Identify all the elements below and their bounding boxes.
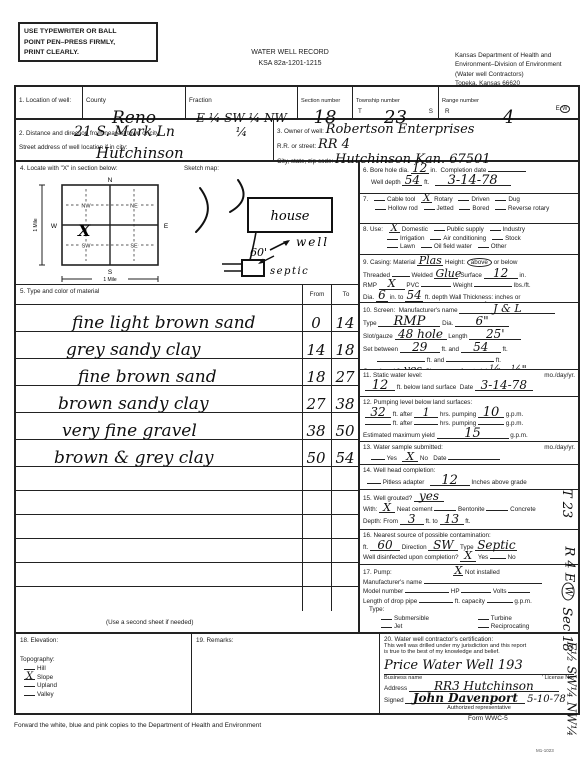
well-depth-value: 54 — [405, 173, 420, 187]
section-10-label: 10. Screen: — [363, 307, 395, 314]
section-8-use: 8. Use: XDomestic Public supply Industry… — [360, 224, 578, 255]
estimated-yield-label: Estimated maximum yield — [363, 432, 435, 439]
neat-cement-check: X — [383, 501, 391, 514]
quadrant-sw: SW — [82, 244, 92, 250]
sample-no-check: X — [406, 450, 414, 463]
township-s: S — [429, 108, 433, 115]
topography-label: Topography: — [20, 656, 187, 663]
not-installed-label: Not installed — [465, 569, 500, 576]
township-t: T — [358, 108, 362, 115]
drop-pipe-label: Length of drop pipe — [363, 598, 417, 605]
blank-field — [371, 454, 385, 460]
septic-label: septic — [270, 266, 309, 277]
length-label: Length — [448, 333, 467, 340]
pitless-adapter-label: Pitless adapter — [383, 479, 425, 486]
section-13-water-sample: 13. Water sample submitted: mo./day/yr. … — [360, 442, 578, 465]
mdy-label: mo./day/yr. — [544, 444, 575, 451]
gpm-label: g.p.m. — [506, 420, 524, 427]
blank-field — [377, 356, 425, 362]
form-body: 1. Location of well: County Reno Fractio… — [14, 85, 580, 715]
materials-header: 5. Type and color of material From To — [16, 285, 358, 305]
road-curve — [196, 188, 208, 232]
from-column-header: From — [304, 291, 330, 298]
hollow-rod-label: Hollow rod — [388, 205, 418, 212]
material-row: grey sandy clay 14 18 — [16, 332, 358, 359]
domestic-label: Domestic — [402, 226, 428, 233]
hours-value: 1 — [423, 406, 430, 419]
disinfected-yes-label: Yes — [478, 554, 488, 561]
material-row: very fine gravel 38 50 — [16, 413, 358, 440]
print-code: M1-1023 — [536, 748, 554, 753]
volts-label: Volts — [493, 588, 507, 595]
ft-label: ft. — [465, 518, 470, 525]
left-column: 4. Locate with "X" in section below: Ske… — [16, 162, 360, 632]
in-label: in. — [430, 167, 437, 174]
margin-note-fraction: E½ SW¼ NW¼ — [564, 642, 578, 737]
reciprocating-checkbox — [478, 627, 489, 628]
disinfected-no-label: No — [508, 554, 516, 561]
from-value: 50 — [302, 451, 330, 466]
section-9-label: 9. Casing: — [363, 259, 391, 266]
distance-value: 21 S. Mark Ln — [74, 124, 175, 140]
section-10-screen: 10. Screen: Manufacturer's name J & L Ty… — [360, 303, 578, 370]
material-row: brown & grey clay 50 54 — [16, 440, 358, 467]
estimated-yield-value: 15 — [464, 426, 481, 441]
sample-yes-label: Yes — [387, 455, 397, 462]
notice-line: USE TYPEWRITER OR BALL — [24, 27, 152, 38]
section-19-remarks: 19. Remarks: — [192, 634, 380, 713]
township-label: Township number — [356, 98, 400, 104]
set-from-value: 29 — [412, 340, 427, 354]
blank-field — [474, 281, 512, 287]
blank-field — [405, 587, 449, 593]
business-name-label: Business name — [384, 675, 422, 681]
quadrant-ne: NE — [130, 204, 138, 210]
other-use-label: Other — [491, 243, 507, 250]
section-number-cell: Section number 18 — [298, 87, 353, 118]
to-value: 54 — [331, 451, 359, 466]
jet-checkbox — [381, 627, 392, 628]
gpm-label: g.p.m. — [506, 411, 524, 418]
lawn-label: Lawn — [400, 243, 415, 250]
hp-label: HP — [451, 588, 460, 595]
second-sheet-note: (Use a second sheet if needed) — [106, 619, 194, 626]
ft-label: ft. — [424, 179, 429, 186]
upland-label: Upland — [37, 682, 57, 689]
township-cell: Township number T 23 S — [353, 87, 439, 118]
ft-after-label: ft. after — [393, 411, 413, 418]
mile-label-vertical: 1 Mile — [33, 218, 39, 232]
ft-to-label: ft. to — [426, 518, 438, 525]
fraction-label: Fraction — [189, 97, 212, 104]
margin-note-township: T 23 — [559, 489, 574, 518]
bored-label: Bored — [472, 205, 489, 212]
county-cell: County Reno — [83, 87, 186, 118]
type-label: Type — [363, 320, 377, 327]
not-installed-checkbox: X — [453, 567, 463, 576]
rotary-label: Rotary — [434, 196, 453, 203]
oil-field-water-checkbox — [421, 247, 432, 248]
pitless-height-value: 12 — [441, 473, 458, 488]
range-cell: Range number R 4 EW — [439, 87, 578, 118]
material-label: Material — [393, 259, 415, 266]
mile-label-horizontal: 1 Mile — [103, 277, 117, 283]
jetted-label: Jetted — [437, 205, 454, 212]
industry-label: Industry — [503, 226, 525, 233]
right-column: 6. Bore hole dia. 12 in. Completion date… — [360, 162, 578, 632]
casing-material-value: Plas — [419, 255, 442, 267]
compass-e: E — [164, 223, 169, 230]
other-use-checkbox — [478, 247, 489, 248]
bored-checkbox — [459, 209, 470, 210]
signature-value: John Davenport — [413, 691, 518, 705]
rr-label: R.R. or street: — [277, 143, 316, 150]
material-row: fine light brown sand 0 14 — [16, 305, 358, 332]
section-2-distance: 2. Distance and direction from nearest t… — [16, 120, 274, 160]
welded-label: Welded — [411, 272, 432, 279]
rmp-check: X — [388, 277, 396, 290]
compass-w: W — [51, 223, 58, 230]
submersible-label: Submersible — [394, 615, 472, 622]
slot-value: 48 hole — [398, 327, 443, 341]
ft-label: ft. — [363, 544, 368, 551]
agency-line: (Water well Contractors) — [455, 70, 580, 79]
agency-line: Environment–Division of Environment — [455, 60, 580, 69]
range-r: R — [445, 108, 450, 115]
sample-no-label: No — [420, 455, 428, 462]
form-number: Form WWC-5 — [468, 715, 508, 722]
section-number-label: Section number — [301, 98, 340, 104]
middle-band: 4. Locate with "X" in section below: Ske… — [16, 162, 578, 632]
dia-label: Dia. — [442, 320, 453, 327]
from-value: 38 — [302, 424, 330, 439]
form-statute: KSA 82a-1201-1215 — [225, 58, 355, 69]
range-label: Range number — [442, 98, 479, 104]
gpm-label: g.p.m. — [510, 432, 528, 439]
county-label: County — [86, 97, 106, 104]
slope-label: Slope — [37, 674, 53, 681]
section-7-method: 7. Cable tool XRotary Driven Dug Hollow … — [360, 194, 578, 224]
contamination-type-value: Septic — [477, 538, 515, 552]
material-value: grey sandy clay — [66, 342, 200, 359]
section-3-owner: 3. Owner of well: Robertson Enterprises … — [274, 120, 578, 160]
set-between-label: Set between — [363, 346, 398, 353]
material-row-empty — [16, 515, 358, 539]
range-w-circled: W — [560, 105, 570, 113]
rotary-checkbox: X — [421, 196, 432, 203]
valley-checkbox — [24, 695, 35, 696]
completion-date-value: 3-14-78 — [448, 173, 498, 188]
driven-checkbox — [458, 200, 469, 201]
static-date-value: 3-14-78 — [481, 378, 527, 392]
section-8-label: 8. Use: — [363, 226, 383, 233]
material-row-empty — [16, 467, 358, 491]
street-value: Hutchinson — [96, 144, 184, 162]
gpm-label: g.p.m. — [514, 598, 532, 605]
material-value: fine light brown sand — [72, 315, 256, 332]
margin-w-circled: W — [562, 582, 575, 600]
date-label: Date — [433, 455, 446, 462]
stock-checkbox — [492, 239, 503, 240]
size-range-value: ⅛ - ½" — [490, 363, 527, 370]
pumping-level-value: 32 — [370, 405, 385, 419]
section-19-label: 19. Remarks: — [196, 637, 375, 644]
blank-field — [424, 578, 542, 584]
bottom-band: 18. Elevation: Topography: Hill XSlope U… — [16, 632, 578, 713]
oil-field-water-label: Oil field water — [434, 243, 472, 250]
margin-range-text: R 4 E — [562, 546, 577, 582]
certification-text: is true to the best of my knowledge and … — [384, 649, 574, 655]
pump-manufacturer-label: Manufacturer's name — [363, 579, 422, 586]
disinfected-yes-check: X — [464, 549, 472, 562]
range-ew: EW — [556, 97, 570, 115]
cable-tool-checkbox — [374, 200, 385, 201]
disinfected-label: Well disinfected upon completion? — [363, 554, 458, 561]
section-18-label: 18. Elevation: — [20, 637, 187, 644]
depth-from-label: Depth: From — [363, 518, 398, 525]
blank-field — [365, 419, 391, 425]
blank-field — [490, 553, 506, 559]
rmp-label: RMP — [363, 282, 377, 289]
date-label: Date — [460, 384, 473, 391]
mdy-label: mo./day/yr. — [544, 372, 575, 379]
section-16-contamination: 16. Nearest source of possible contamina… — [360, 530, 578, 565]
section-20-label: 20. Water well contractor's certificatio… — [384, 636, 574, 643]
above-circled: above — [471, 259, 488, 266]
industry-checkbox — [490, 230, 501, 231]
blank-field — [434, 505, 456, 511]
material-row-empty — [16, 563, 358, 587]
section-1-label: 1. Location of well: — [19, 97, 71, 104]
dia-label: Dia. — [363, 294, 374, 301]
rr-value: RR 4 — [318, 137, 350, 152]
in-label: in. — [519, 272, 526, 279]
ft-depth-label: ft. depth — [425, 294, 448, 301]
agency-line: Kansas Department of Health and — [455, 51, 580, 60]
blank-field — [414, 419, 438, 425]
section-2-3-row: 2. Distance and direction from nearest t… — [16, 120, 578, 162]
typewriter-notice-box: USE TYPEWRITER OR BALL POINT PEN–PRESS F… — [18, 22, 158, 62]
margin-note-range: R 4 EW — [562, 546, 577, 600]
water-well-record-form: USE TYPEWRITER OR BALL POINT PEN–PRESS F… — [0, 0, 588, 765]
direction-label: Direction — [402, 544, 427, 551]
fraction-cell: Fraction E ¼ SW ¼ NW ¼ — [186, 87, 298, 118]
height-label: Height: — [445, 259, 465, 266]
public-supply-checkbox — [434, 230, 445, 231]
dug-label: Dug — [508, 196, 520, 203]
surface-value: 12 — [493, 266, 508, 280]
material-value: very fine gravel — [62, 423, 197, 440]
blank-field — [488, 166, 526, 172]
material-value: brown & grey clay — [54, 450, 213, 467]
blank-field — [478, 419, 504, 425]
section-15-grouted: 15. Well grouted? yes With: X Neat cemen… — [360, 490, 578, 530]
turbine-label: Turbine — [491, 615, 512, 622]
quadrant-se: SE — [130, 244, 138, 250]
location-label-cell: 1. Location of well: — [16, 87, 83, 118]
blank-field — [446, 356, 494, 362]
section-20-certification: 20. Water well contractor's certificatio… — [380, 634, 578, 713]
air-conditioning-label: Air conditioning — [443, 235, 486, 242]
ft-and-label: ft. and — [427, 357, 445, 364]
section-17-pump: 17. Pump: X Not installed Manufacturer's… — [360, 565, 578, 632]
bentonite-label: Bentonite — [458, 506, 485, 513]
domestic-checkbox: X — [389, 226, 400, 233]
material-row: brown sandy clay 27 38 — [16, 386, 358, 413]
capacity-label: ft. capacity — [455, 598, 485, 605]
section-13-label: 13. Water sample submitted: — [363, 444, 443, 451]
irrigation-label: Irrigation — [400, 235, 425, 242]
from-value: 0 — [302, 316, 330, 331]
reciprocating-label: Reciprocating — [491, 623, 530, 630]
section-12-pumping-level: 12. Pumping level below land surfaces: 3… — [360, 397, 578, 442]
casing-depth-value: 54 — [406, 288, 421, 302]
grout-from-value: 3 — [408, 512, 416, 526]
stock-label: Stock — [505, 235, 521, 242]
blank-field — [461, 587, 491, 593]
blank-field — [421, 281, 451, 287]
grouted-value: yes — [419, 490, 439, 503]
blank-field — [486, 505, 508, 511]
hrs-pumping-label: hrs. pumping — [440, 411, 476, 418]
business-name-value: Price Water Well 193 — [384, 658, 523, 673]
gravel-pack-value: yes — [404, 363, 422, 370]
driven-label: Driven — [471, 196, 489, 203]
concrete-label: Concrete — [510, 506, 536, 513]
blank-field — [392, 271, 410, 277]
form-title: WATER WELL RECORD — [225, 47, 355, 58]
section-1-location: 1. Location of well: County Reno Fractio… — [16, 87, 578, 120]
with-label: With: — [363, 506, 377, 513]
material-row-empty — [16, 587, 358, 611]
agency-block: Kansas Department of Health and Environm… — [455, 51, 580, 88]
well-label: well — [296, 235, 329, 249]
threaded-label: Threaded — [363, 272, 390, 279]
section-6-bore-hole: 6. Bore hole dia. 12 in. Completion date… — [360, 162, 578, 194]
in-to-label: in. to — [390, 294, 404, 301]
section-4-locate: 4. Locate with "X" in section below: Ske… — [16, 162, 358, 285]
weight-label: Weight — [453, 282, 472, 289]
hollow-rod-checkbox — [375, 209, 386, 210]
blank-field — [367, 478, 381, 484]
road-curve — [230, 180, 244, 212]
section-11-static-level: 11. Static water level: mo./day/yr. 12 f… — [360, 370, 578, 397]
grout-to-value: 13 — [444, 512, 459, 526]
cable-tool-label: Cable tool — [387, 196, 415, 203]
form-title-block: WATER WELL RECORD KSA 82a-1201-1215 — [225, 47, 355, 69]
blank-field — [448, 454, 500, 460]
section-14-label: 14. Well head completion: — [363, 467, 435, 474]
section-17-label: 17. Pump: — [363, 569, 392, 576]
to-value: 38 — [331, 397, 359, 412]
dug-checkbox — [495, 200, 506, 201]
length-value: 25' — [486, 327, 505, 341]
authorized-representative-label: Authorized representative — [384, 705, 574, 711]
sketch-map: house 60' well septic — [186, 170, 356, 282]
public-supply-label: Public supply — [447, 226, 484, 233]
notice-line: POINT PEN–PRESS FIRMLY, — [24, 38, 152, 49]
turbine-checkbox — [478, 619, 489, 620]
material-row-empty — [16, 491, 358, 515]
welded-value: Glue — [435, 267, 461, 280]
valley-label: Valley — [37, 691, 54, 698]
location-x-mark: X — [77, 221, 91, 240]
distance-60ft-label: 60' — [250, 246, 267, 259]
material-value: fine brown sand — [78, 369, 217, 386]
pump-type-label: Type: — [369, 606, 384, 613]
to-column-header: To — [333, 291, 359, 298]
to-value: 50 — [331, 424, 359, 439]
blank-field — [508, 587, 530, 593]
to-value: 14 — [331, 316, 359, 331]
well-depth-label: Well depth — [371, 179, 401, 186]
signature-date-value: 5-10-78 — [527, 694, 566, 705]
gpm-value: 10 — [483, 405, 500, 420]
model-number-label: Model number — [363, 588, 403, 595]
blank-field — [487, 597, 513, 603]
material-row-empty — [16, 539, 358, 563]
signed-label: Signed — [384, 697, 404, 704]
from-value: 18 — [302, 370, 330, 385]
jet-label: Jet — [394, 623, 472, 630]
air-conditioning-checkbox — [430, 239, 441, 240]
from-value: 27 — [302, 397, 330, 412]
section-4-label: 4. Locate with "X" in section below: — [20, 165, 118, 172]
irrigation-checkbox — [387, 239, 398, 240]
screen-dia-value: 6" — [476, 314, 489, 328]
ft-label: ft. — [503, 346, 508, 353]
blank-field — [419, 597, 453, 603]
to-value: 18 — [331, 343, 359, 358]
quadrant-nw: NW — [81, 204, 91, 210]
surface-label: Surface — [460, 272, 482, 279]
section-3-label: 3. Owner of well: — [277, 128, 324, 135]
section-5-materials: 5. Type and color of material From To fi… — [16, 285, 358, 632]
material-row: fine brown sand 18 27 — [16, 359, 358, 386]
section-grid-diagram: N NW NE SW SE X W E — [30, 172, 190, 284]
ft-and-label: ft. and — [442, 346, 460, 353]
slope-checkbox: X — [24, 674, 35, 681]
below-surface-label: ft. below land surface — [397, 384, 457, 391]
jetted-checkbox — [424, 209, 435, 210]
from-value: 14 — [302, 343, 330, 358]
section-6-label: 6. Bore hole dia. — [363, 167, 409, 174]
section-7-label: 7. — [363, 196, 368, 203]
owner-value: Robertson Enterprises — [326, 122, 475, 137]
section-18-elevation: 18. Elevation: Topography: Hill XSlope U… — [16, 634, 192, 713]
contamination-distance-value: 60 — [377, 538, 392, 552]
ft-after-label: ft. after — [393, 420, 413, 427]
set-to-value: 54 — [473, 340, 488, 354]
casing-dia-value: 6 — [378, 288, 386, 302]
section-14-well-head: 14. Well head completion: Pitless adapte… — [360, 465, 578, 490]
to-value: 27 — [331, 370, 359, 385]
reverse-rotary-checkbox — [495, 209, 506, 210]
reverse-rotary-label: Reverse rotary — [508, 205, 549, 212]
upland-checkbox — [24, 686, 35, 687]
material-value: brown sandy clay — [58, 396, 209, 413]
static-level-value: 12 — [372, 378, 389, 393]
lbs-label: lbs./ft. — [514, 282, 531, 289]
compass-n: N — [108, 177, 113, 184]
inches-above-grade-label: Inches above grade — [471, 479, 526, 486]
compass-s: S — [108, 269, 113, 276]
house-label: house — [271, 209, 310, 224]
hill-label: Hill — [37, 665, 46, 672]
submersible-checkbox — [381, 619, 392, 620]
section-9-casing: 9. Casing: Material Plas Height: above o… — [360, 255, 578, 303]
direction-value: SW — [433, 538, 454, 552]
